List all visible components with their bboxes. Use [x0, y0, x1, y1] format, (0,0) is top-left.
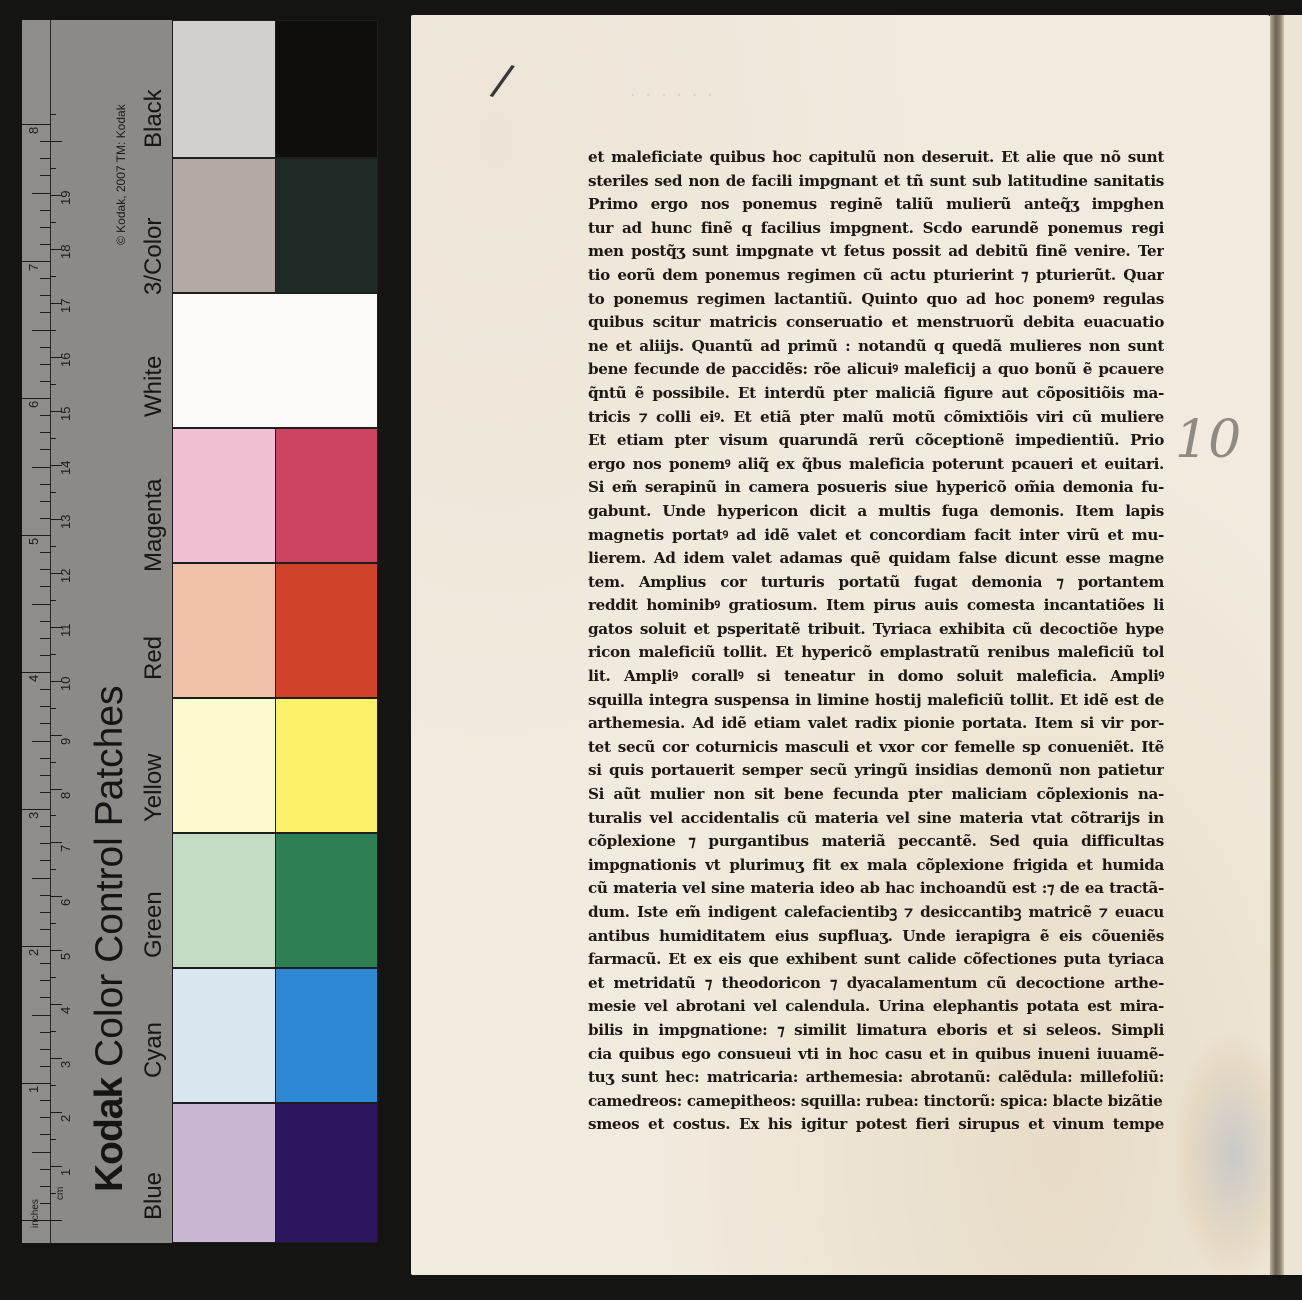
mm-tick — [50, 1085, 56, 1086]
blackletter-text-column: et maleficiate quibus hoc capitulũ non d… — [588, 146, 1164, 1137]
patch-cyan-light — [172, 968, 276, 1103]
inch-tick — [40, 484, 50, 485]
inch-tick — [22, 809, 50, 810]
patch-3color-dark — [275, 158, 378, 293]
patch-yellow-light — [172, 698, 276, 833]
text-line: to ponemus regimen lactantiũ. Quinto quo… — [588, 288, 1164, 312]
text-line: gabunt. Unde hypericon dicit a multis fu… — [588, 500, 1164, 524]
mm-tick — [50, 869, 56, 870]
text-line: cõplexione ⁊ purgantibus materiã peccant… — [588, 830, 1164, 854]
inch-tick — [40, 1049, 50, 1050]
cm-tick — [50, 735, 62, 736]
mm-tick — [50, 815, 56, 816]
binding-gutter — [1270, 15, 1284, 1275]
mm-tick — [50, 330, 56, 331]
inch-tick — [22, 124, 50, 125]
text-line: reddit hominibꝰ gratiosum. Item pirus au… — [588, 594, 1164, 618]
patch-black-light — [172, 20, 276, 158]
text-line: tet secũ cor coturnicis masculi et vxor … — [588, 736, 1164, 760]
cm-number: 1 — [58, 1169, 73, 1176]
inch-tick — [40, 1066, 50, 1067]
inch-number: 1 — [26, 1086, 41, 1093]
inch-tick — [40, 1134, 50, 1135]
text-line: cia quibus ego consueui vti in hoc casu … — [588, 1043, 1164, 1067]
patch-green-light — [172, 833, 276, 968]
text-line: steriles sed non de facili impgnant et t… — [588, 170, 1164, 194]
inch-tick — [40, 586, 50, 587]
cm-number: 15 — [58, 406, 73, 420]
text-line: lit. Ampliꝰ corallꝰ si teneatur in domo … — [588, 665, 1164, 689]
text-line: smeos et costus. Ex his igitur potest fi… — [588, 1113, 1164, 1137]
text-line: camedreos: camepitheos: squilla: rubea: … — [588, 1090, 1164, 1114]
patch-label-green: Green — [140, 891, 168, 958]
inch-tick — [40, 210, 50, 211]
inch-tick — [22, 1083, 50, 1084]
inch-tick — [40, 912, 50, 913]
inch-number: 2 — [26, 949, 41, 956]
patch-black-dark — [275, 20, 378, 158]
mm-tick — [50, 384, 56, 385]
inch-tick — [40, 141, 50, 142]
inch-tick — [40, 175, 50, 176]
inch-tick — [32, 604, 50, 605]
mm-tick — [50, 654, 56, 655]
text-line: turalis vel accidentalis cũ materia vel … — [588, 807, 1164, 831]
patch-cyan-dark — [275, 968, 378, 1103]
cm-number: 18 — [58, 245, 73, 259]
text-line: tio eorũ dem ponemus regimen cũ actu ptu… — [588, 264, 1164, 288]
mm-tick — [50, 276, 56, 277]
text-line: lierem. Ad idem valet adamas quẽ quidam … — [588, 547, 1164, 571]
inch-number: 6 — [26, 401, 41, 408]
text-line: Si em̃ serapinũ in camera posueris siue … — [588, 476, 1164, 500]
inch-tick — [22, 535, 50, 536]
text-line: gatos soluit et psperitatẽ tribuit. Tyri… — [588, 618, 1164, 642]
inch-tick — [40, 758, 50, 759]
inch-tick — [40, 1032, 50, 1033]
patch-magenta-dark — [275, 428, 378, 563]
inch-tick — [40, 775, 50, 776]
patch-3color-light — [172, 158, 276, 293]
kodak-logo-text: Kodak — [88, 1078, 131, 1192]
patch-label-cyan: Cyan — [140, 1022, 168, 1078]
cm-number: 9 — [58, 737, 73, 744]
inch-tick — [40, 792, 50, 793]
mm-tick — [50, 1031, 56, 1032]
patch-label-magenta: Magenta — [140, 479, 168, 572]
cm-number: 7 — [58, 845, 73, 852]
mm-tick — [50, 708, 56, 709]
cm-tick — [50, 1166, 62, 1167]
cm-number: 14 — [58, 460, 73, 474]
text-line: arthemesia. Ad idẽ etiam valet radix pio… — [588, 712, 1164, 736]
inch-tick — [40, 432, 50, 433]
text-line: tricis ⁊ colli eiꝰ. Et etiã pter malũ mo… — [588, 406, 1164, 430]
text-line: et maleficiate quibus hoc capitulũ non d… — [588, 146, 1164, 170]
text-line: ergo nos ponemꝰ aliq̃ ex q̃bus maleficia… — [588, 453, 1164, 477]
inch-tick — [32, 878, 50, 879]
patch-red-light — [172, 563, 276, 698]
text-line: cũ materia vel sine materia ideo ab hac … — [588, 877, 1164, 901]
pencil-folio-number: 10 — [1175, 410, 1241, 470]
inch-tick — [40, 415, 50, 416]
patch-magenta-light — [172, 428, 276, 563]
cm-number: 12 — [58, 568, 73, 582]
text-line: quibus scitur matricis conseruatio et me… — [588, 311, 1164, 335]
inch-tick — [40, 552, 50, 553]
chart-title: Color Control Patches — [88, 685, 131, 1067]
cm-number: 19 — [58, 191, 73, 205]
inch-tick — [40, 381, 50, 382]
mm-tick — [50, 546, 56, 547]
inch-tick — [40, 860, 50, 861]
text-line: et metridatũ ⁊ theodoricon ⁊ dyacalament… — [588, 972, 1164, 996]
inch-tick — [40, 569, 50, 570]
mm-tick — [50, 977, 56, 978]
text-line: tur ad hunc finẽ q facilius impgnent. Sc… — [588, 217, 1164, 241]
mm-tick — [50, 114, 56, 115]
patch-label-black: Black — [140, 89, 168, 148]
inch-tick — [32, 741, 50, 742]
cm-tick — [50, 1112, 62, 1113]
text-line: farmacũ. Et ex eis que exhibent sunt cal… — [588, 948, 1164, 972]
text-line: q̃ntũ ẽ possibile. Et interdũ pter malic… — [588, 382, 1164, 406]
inch-tick — [40, 312, 50, 313]
inch-tick — [40, 501, 50, 502]
patch-green-dark — [275, 833, 378, 968]
inch-tick — [32, 330, 50, 331]
patch-label-3color: 3/Color — [140, 218, 168, 295]
text-line: magnetis portatꝰ ad idẽ valet et concord… — [588, 524, 1164, 548]
cm-unit-label: cm — [55, 1187, 66, 1200]
patch-yellow-dark — [275, 698, 378, 833]
cm-number: 10 — [58, 676, 73, 690]
cm-number: 17 — [58, 299, 73, 313]
inch-tick — [40, 244, 50, 245]
inch-tick — [40, 963, 50, 964]
show-through-heading: · · · · · · — [630, 85, 715, 106]
cm-number: 8 — [58, 791, 73, 798]
text-line: mesie vel abrotani vel calendula. Urina … — [588, 995, 1164, 1019]
cm-tick — [50, 896, 62, 897]
kodak-color-control-strip: 1234567812345678910111213141516171819 in… — [22, 20, 378, 1243]
inch-tick — [40, 826, 50, 827]
inch-tick — [40, 1203, 50, 1204]
cm-number: 2 — [58, 1115, 73, 1122]
inch-tick — [40, 1169, 50, 1170]
inch-tick — [32, 193, 50, 194]
inch-tick — [40, 364, 50, 365]
text-line: bene fecunde de paccidẽs: rõe alicuiꝰ ma… — [588, 358, 1164, 382]
cm-tick — [50, 789, 62, 790]
inch-tick — [40, 278, 50, 279]
inch-tick — [40, 723, 50, 724]
gray-ruler-panel: 1234567812345678910111213141516171819 in… — [22, 20, 172, 1243]
inch-number: 7 — [26, 264, 41, 271]
inch-tick — [22, 672, 50, 673]
inch-tick — [40, 843, 50, 844]
cm-tick — [50, 1058, 62, 1059]
text-line: si quis portauerit semper secũ yringũ in… — [588, 759, 1164, 783]
patch-label-white: White — [140, 356, 168, 417]
inch-tick — [40, 1186, 50, 1187]
mm-tick — [50, 600, 56, 601]
inch-tick — [40, 227, 50, 228]
mm-tick — [50, 438, 56, 439]
copyright-notice: © Kodak, 2007 TM: Kodak — [114, 104, 128, 245]
cm-number: 5 — [58, 953, 73, 960]
patch-label-blue: Blue — [140, 1172, 168, 1220]
cm-tick — [50, 950, 62, 951]
text-line: tuʒ sunt hec: matricaria: arthemesia: ab… — [588, 1066, 1164, 1090]
cm-number: 3 — [58, 1061, 73, 1068]
inches-unit-label: inches — [30, 1199, 41, 1228]
patch-blue-dark — [275, 1103, 378, 1243]
inch-tick — [40, 997, 50, 998]
inch-tick — [40, 449, 50, 450]
water-stain — [1176, 1035, 1271, 1275]
text-line: impgnationis vt plurimuʒ fit ex mala cõp… — [588, 854, 1164, 878]
facing-page-edge — [1284, 15, 1302, 1275]
cm-tick — [50, 1220, 62, 1221]
inch-tick — [40, 706, 50, 707]
inch-tick — [22, 946, 50, 947]
text-line: dum. Iste em̃ indigent calefacientibꝫ ⁊ … — [588, 901, 1164, 925]
mm-tick — [50, 168, 56, 169]
inch-tick — [22, 398, 50, 399]
inch-tick — [40, 1117, 50, 1118]
cm-number: 6 — [58, 899, 73, 906]
mm-tick — [50, 492, 56, 493]
patch-label-red: Red — [140, 636, 168, 680]
text-line: Et etiam pter visum quarundã rerũ cõcept… — [588, 429, 1164, 453]
inch-scale — [22, 20, 51, 1243]
text-line: bilis in impgnatione: ⁊ similit limatura… — [588, 1019, 1164, 1043]
inch-tick — [22, 261, 50, 262]
inch-tick — [40, 655, 50, 656]
inch-tick — [40, 518, 50, 519]
inch-tick — [40, 689, 50, 690]
text-line: Si aũt mulier non sit bene fecunda pter … — [588, 783, 1164, 807]
kodak-title: Kodak Color Control Patches — [88, 685, 132, 1192]
inch-tick — [40, 1100, 50, 1101]
patch-red-dark — [275, 563, 378, 698]
cm-tick — [50, 842, 62, 843]
inch-tick — [32, 1015, 50, 1016]
text-line: tem. Amplius cor turturis portatũ fugat … — [588, 571, 1164, 595]
patch-white — [172, 293, 378, 428]
mm-tick — [50, 222, 56, 223]
mm-tick — [50, 1139, 56, 1140]
inch-tick — [32, 467, 50, 468]
text-line: Primo ergo nos ponemus reginẽ taliũ muli… — [588, 193, 1164, 217]
inch-number: 3 — [26, 812, 41, 819]
inch-tick — [40, 295, 50, 296]
cm-number: 16 — [58, 353, 73, 367]
text-line: ricon maleficiũ tollit. Et hypericõ empl… — [588, 641, 1164, 665]
inch-number: 4 — [26, 675, 41, 682]
text-line: men postq̃ʒ sunt impgnate vt fetus possi… — [588, 240, 1164, 264]
text-line: ne et aliĳs. Quantũ ad primũ : notandũ q… — [588, 335, 1164, 359]
inch-tick — [40, 621, 50, 622]
mm-tick — [50, 762, 56, 763]
inch-tick — [40, 347, 50, 348]
text-line: antibus humiditatem eius supfluaʒ. Unde … — [588, 925, 1164, 949]
inch-number: 5 — [26, 538, 41, 545]
cm-number: 13 — [58, 514, 73, 528]
cm-number: 4 — [58, 1007, 73, 1014]
inch-tick — [40, 895, 50, 896]
inch-tick — [40, 980, 50, 981]
cm-tick — [50, 1004, 62, 1005]
patch-label-yellow: Yellow — [140, 754, 168, 823]
patch-blue-light — [172, 1103, 276, 1243]
inch-tick — [40, 929, 50, 930]
inch-tick — [40, 158, 50, 159]
inch-number: 8 — [26, 127, 41, 134]
cm-tick — [50, 141, 62, 142]
inch-tick — [32, 1152, 50, 1153]
cm-number: 11 — [58, 623, 73, 637]
inch-tick — [40, 638, 50, 639]
mm-tick — [50, 923, 56, 924]
text-line: squilla integra suspensa in limine hostĳ… — [588, 689, 1164, 713]
